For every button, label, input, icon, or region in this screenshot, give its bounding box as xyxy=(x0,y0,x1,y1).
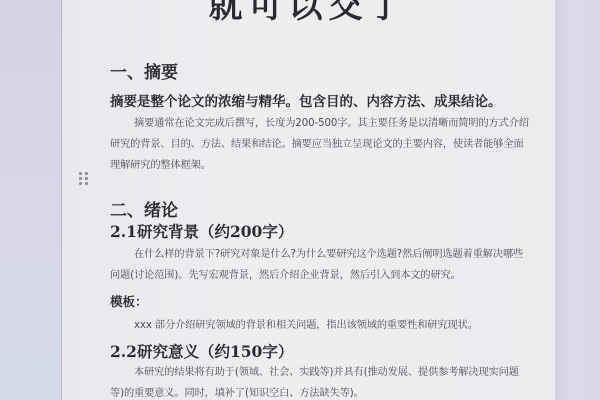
drag-handle-icon[interactable] xyxy=(79,172,89,186)
drag-dot xyxy=(85,182,88,185)
template-paragraph: xxx 部分介绍研究领域的背景和相关问题，指出该领域的重要性和研究现状。 xyxy=(110,315,540,336)
drag-dot xyxy=(85,177,88,180)
paragraph-line: 在什么样的背景下?研究对象是什么?为什么要研究这个选题?然后阐明选题着重解决哪些 xyxy=(110,244,540,265)
drag-dot xyxy=(79,182,82,185)
template-label: 模板： xyxy=(110,292,148,310)
paragraph-line: 摘要通常在论文完成后撰写，长度为200-500字。其主要任务是以清晰而简明的方式… xyxy=(110,113,540,134)
paragraph-line: 本研究的结果将有助于(领域、社会、实践等)并具有(推动发展、提供参考解决现实问题 xyxy=(110,362,540,383)
drag-dot xyxy=(79,177,82,180)
paragraph-line: 研究的背景、目的、方法、结果和结论。摘要应当独立呈现论文的主要内容，使读者能够全… xyxy=(110,134,540,155)
abstract-lead-sentence: 摘要是整个论文的浓缩与精华。包含目的、内容方法、成果结论。 xyxy=(110,90,502,110)
drag-dot xyxy=(79,172,82,175)
document-title: 就可以交了 xyxy=(62,0,555,27)
subsection-heading-background: 2.1研究背景（约200字） xyxy=(110,220,293,242)
paragraph-line: 等)的重要意义。同时，填补了(知识空白、方法缺失等)。 xyxy=(110,383,540,400)
significance-paragraph: 本研究的结果将有助于(领域、社会、实践等)并具有(推动发展、提供参考解决现实问题… xyxy=(110,362,540,400)
section-heading-introduction: 二、绪论 xyxy=(110,196,178,221)
window-edge xyxy=(555,0,600,400)
subsection-heading-significance: 2.2研究意义（约150字） xyxy=(110,340,293,362)
drag-dot xyxy=(85,172,88,175)
background-paragraph: 在什么样的背景下?研究对象是什么?为什么要研究这个选题?然后阐明选题着重解决哪些… xyxy=(110,244,540,286)
section-heading-abstract: 一、摘要 xyxy=(110,58,178,83)
paragraph-line: 理解研究的整体框架。 xyxy=(110,155,540,176)
paragraph-line: xxx 部分介绍研究领域的背景和相关问题，指出该领域的重要性和研究现状。 xyxy=(110,315,540,336)
abstract-paragraph: 摘要通常在论文完成后撰写，长度为200-500字。其主要任务是以清晰而简明的方式… xyxy=(110,113,540,176)
paragraph-line: 问题(讨论范围)。先写宏观背景，然后介绍企业背景，然后引入到本文的研究。 xyxy=(110,265,540,286)
